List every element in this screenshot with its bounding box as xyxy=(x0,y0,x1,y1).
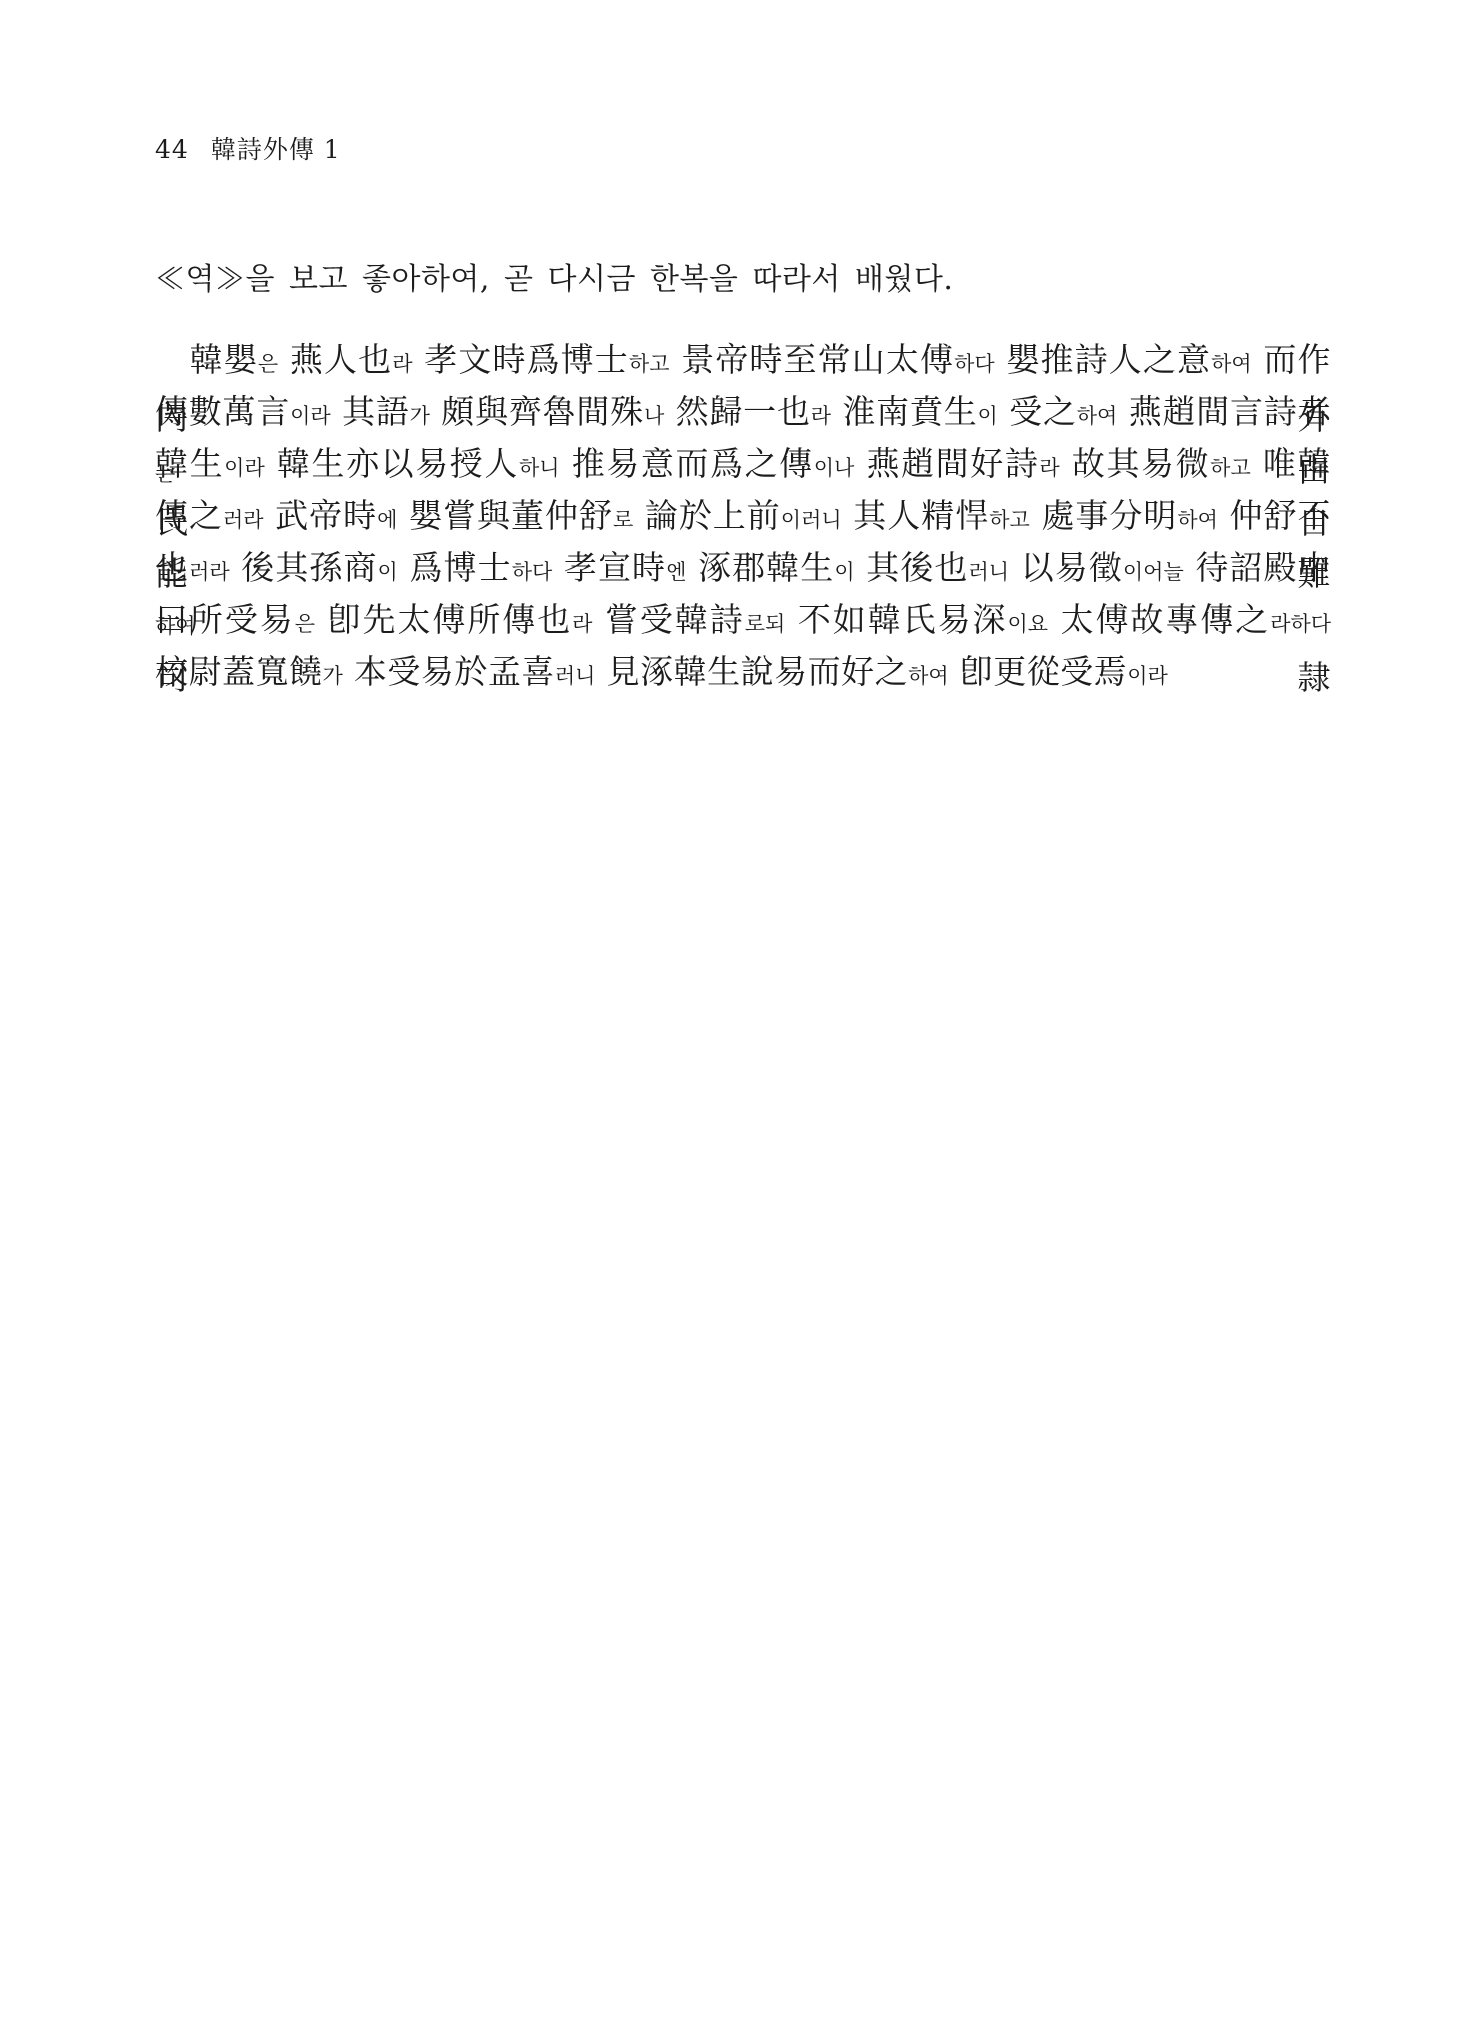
hangul-suffix: 하여 xyxy=(1177,508,1218,532)
hangul-suffix: 하다 xyxy=(512,560,553,584)
hangul-suffix: 이나 xyxy=(814,456,855,480)
hangul-suffix: 은 xyxy=(258,352,278,376)
main-paragraph: 韓嬰은 燕人也라 孝文時爲博士하고 景帝時至常山太傅하다 嬰推詩人之意하여 而作… xyxy=(155,334,1331,698)
hangul-suffix: 하고 xyxy=(1210,456,1251,480)
hanja-text: 爲博士 xyxy=(410,548,512,587)
hangul-suffix: 하고 xyxy=(629,352,670,376)
hanja-text: 後其孫商 xyxy=(241,548,377,587)
hangul-suffix: 라 xyxy=(811,404,831,428)
page-number: 44 xyxy=(155,135,189,164)
hangul-suffix: 이 xyxy=(834,560,854,584)
hangul-suffix: 하다 xyxy=(954,352,995,376)
hangul-suffix: 러니 xyxy=(968,560,1009,584)
hangul-suffix: 나 xyxy=(644,404,664,428)
korean-translation-sentence: ≪역≫을 보고 좋아하여, 곧 다시금 한복을 따라서 배웠다. xyxy=(155,258,1335,302)
hanja-text: 推易意而爲之傳 xyxy=(572,444,814,483)
hanja-text: 太傅故專傳之 xyxy=(1061,600,1271,639)
hanja-text: 其人精悍 xyxy=(853,496,989,535)
hangul-suffix: 로 xyxy=(613,508,633,532)
hanja-text: 卽先太傅所傳也 xyxy=(328,600,573,639)
hangul-suffix: 라 xyxy=(572,612,592,636)
hangul-suffix: 이라 xyxy=(224,456,265,480)
hanja-text: 故其易微 xyxy=(1072,444,1210,483)
hanja-text: 涿郡韓生 xyxy=(698,548,834,587)
hangul-suffix: 로되 xyxy=(745,612,786,636)
hanja-text: 受之 xyxy=(1009,392,1077,431)
hanja-text: 燕趙間好詩 xyxy=(867,444,1040,483)
text-line: 傳數萬言이라 其語가 頗與齊魯間殊나 然歸一也라 淮南賁生이 受之하여 燕趙間言… xyxy=(155,386,1331,438)
document-page: 44韓詩外傳 1 ≪역≫을 보고 좋아하여, 곧 다시금 한복을 따라서 배웠다… xyxy=(0,0,1480,2024)
hanja-text: 韓生 xyxy=(155,444,224,483)
hangul-suffix: 라 xyxy=(392,352,412,376)
hanja-text: 孝宣時 xyxy=(564,548,666,587)
hanja-text: 傳之 xyxy=(155,496,223,535)
hangul-suffix: 이어늘 xyxy=(1123,560,1184,584)
hanja-text: 其後也 xyxy=(866,548,968,587)
hanja-text: 武帝時 xyxy=(275,496,377,535)
hanja-text: 嘗受韓詩 xyxy=(605,600,745,639)
hangul-suffix: 이라 xyxy=(290,404,331,428)
hangul-suffix: 이 xyxy=(378,560,398,584)
hanja-text: 處事分明 xyxy=(1041,496,1177,535)
hangul-suffix: 러니 xyxy=(555,664,596,688)
hanja-text: 校尉蓋寬饒 xyxy=(155,652,323,691)
hangul-suffix: 은 xyxy=(295,612,315,636)
hanja-text: 其語 xyxy=(342,392,410,431)
hanja-text: 曰所受易 xyxy=(155,600,295,639)
hanja-text: 淮南賁生 xyxy=(842,392,977,431)
hanja-text: 韓生亦以易授人 xyxy=(277,444,519,483)
hanja-text: 本受易於孟喜 xyxy=(354,652,555,691)
hanja-text: 然歸一也 xyxy=(676,392,811,431)
text-line: 校尉蓋寬饒가 本受易於孟喜러니 見涿韓生說易而好之하여 卽更從受焉이라 xyxy=(155,646,1331,698)
hangul-suffix: 가 xyxy=(323,664,343,688)
hanja-text: 待詔殿中 xyxy=(1195,548,1331,587)
hangul-suffix: 하니 xyxy=(519,456,560,480)
hanja-text: 卽更從受焉 xyxy=(960,652,1128,691)
hanja-text: 韓嬰 xyxy=(189,340,258,379)
hanja-text: 燕人也 xyxy=(290,340,392,379)
hangul-suffix: 이 xyxy=(978,404,998,428)
hangul-suffix: 하고 xyxy=(989,508,1030,532)
hanja-text: 見涿韓生說易而好之 xyxy=(607,652,909,691)
hangul-suffix: 에 xyxy=(377,508,397,532)
hangul-suffix: 라 xyxy=(1039,456,1059,480)
hangul-suffix: 러라 xyxy=(223,508,264,532)
text-line: 韓嬰은 燕人也라 孝文時爲博士하고 景帝時至常山太傅하다 嬰推詩人之意하여 而作… xyxy=(155,334,1331,386)
hanja-text: 景帝時至常山太傅 xyxy=(681,340,954,379)
hangul-suffix: 가 xyxy=(410,404,430,428)
hangul-suffix: 엔 xyxy=(666,560,686,584)
hanja-text: 孝文時爲博士 xyxy=(424,340,629,379)
hanja-text: 嬰推詩人之意 xyxy=(1006,340,1211,379)
hangul-suffix: 하여 xyxy=(1211,352,1252,376)
text-line: 韓生이라 韓生亦以易授人하니 推易意而爲之傳이나 燕趙間好詩라 故其易微하고 唯… xyxy=(155,438,1331,490)
text-line: 曰所受易은 卽先太傅所傳也라 嘗受韓詩로되 不如韓氏易深이요 太傅故專傳之라하다… xyxy=(155,594,1331,646)
hangul-suffix: 하여 xyxy=(908,664,949,688)
hanja-text: 論於上前 xyxy=(645,496,781,535)
hanja-text: 也 xyxy=(155,548,189,587)
hangul-suffix: 러라 xyxy=(189,560,230,584)
hanja-text: 傳數萬言 xyxy=(155,392,290,431)
hanja-text: 頗與齊魯間殊 xyxy=(441,392,644,431)
hangul-suffix: 이요 xyxy=(1007,612,1048,636)
hangul-suffix: 이라 xyxy=(1127,664,1168,688)
hanja-text: 燕趙間言詩者 xyxy=(1129,392,1331,431)
running-header: 44韓詩外傳 1 xyxy=(155,135,341,165)
hanja-text: 不如韓氏易深 xyxy=(798,600,1008,639)
hanja-text: 以易徵 xyxy=(1021,548,1123,587)
hanja-text: 嬰嘗與董仲舒 xyxy=(409,496,613,535)
hangul-suffix: 라하다 xyxy=(1270,612,1331,636)
text-line: 傳之러라 武帝時에 嬰嘗與董仲舒로 論於上前이러니 其人精悍하고 處事分明하여 … xyxy=(155,490,1331,542)
hangul-suffix: 하여 xyxy=(1077,404,1118,428)
text-line: 也러라 後其孫商이 爲博士하다 孝宣時엔 涿郡韓生이 其後也러니 以易徵이어늘 … xyxy=(155,542,1331,594)
hangul-suffix: 이러니 xyxy=(781,508,842,532)
book-title: 韓詩外傳 1 xyxy=(211,135,341,164)
